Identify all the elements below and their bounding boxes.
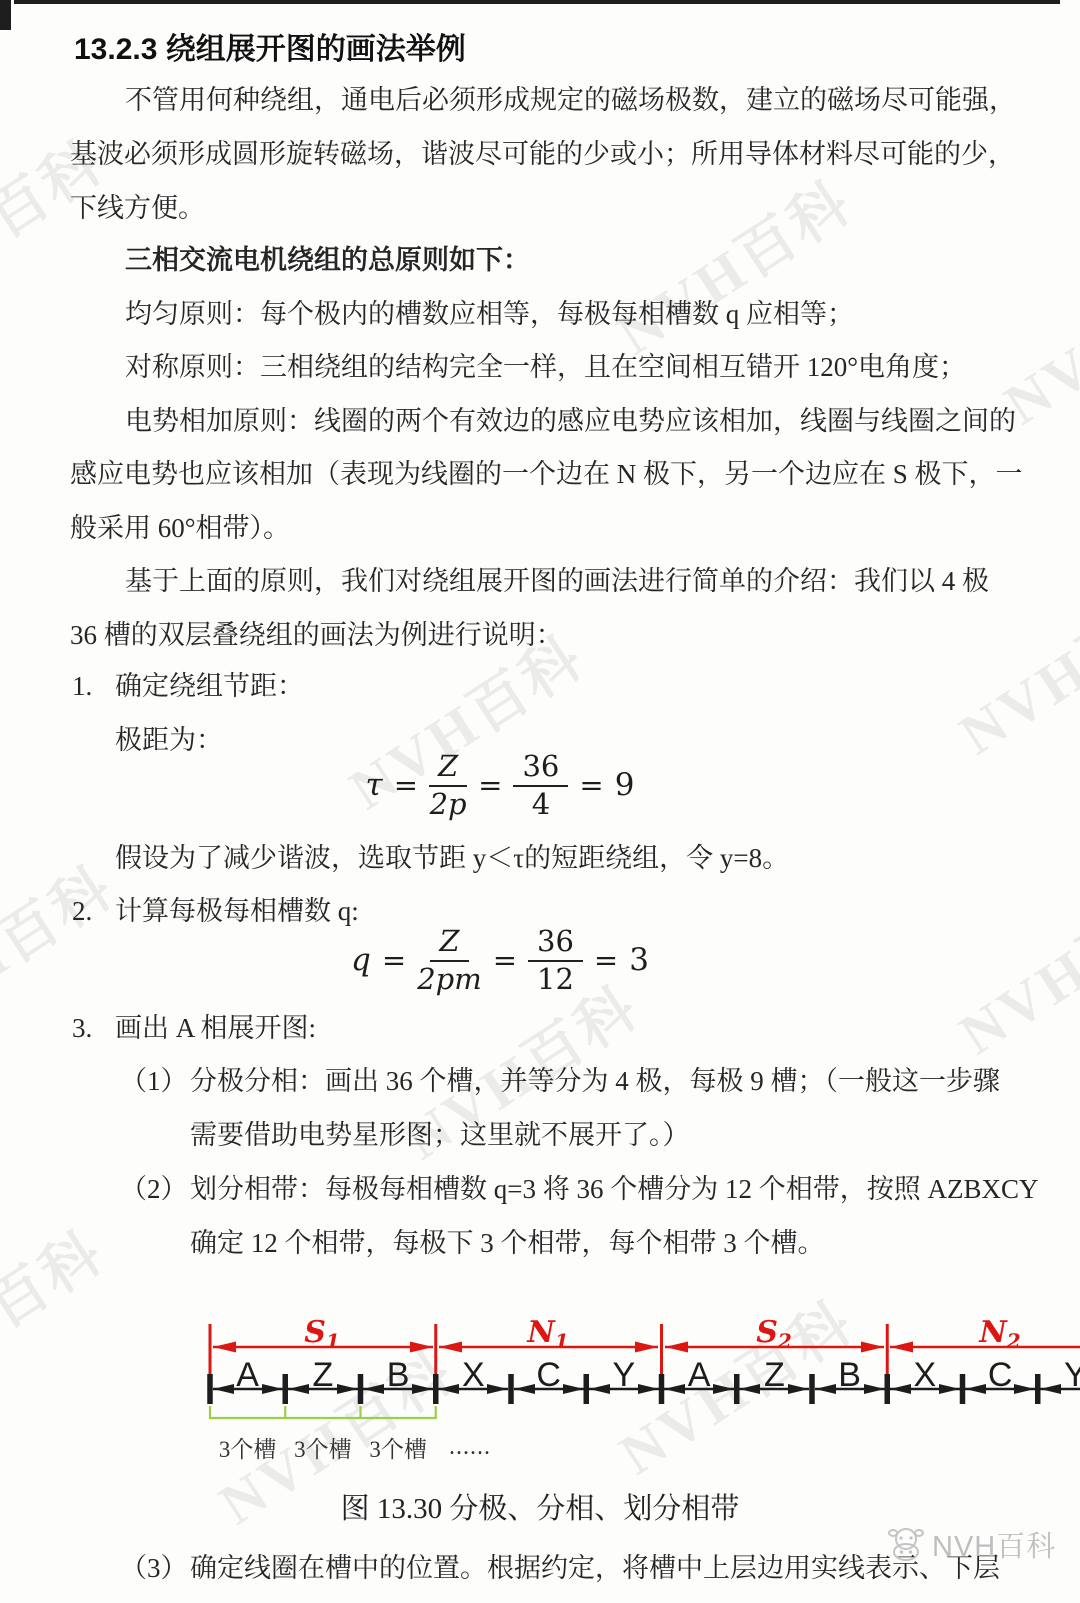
sub-item-2-cont: 确定 12 个相带，每极下 3 个相带，每个相带 3 个槽。: [190, 1225, 825, 1261]
watermark: NVH百科: [598, 156, 866, 371]
intro-line2: 36 槽的双层叠绕组的画法为例进行说明：: [70, 617, 563, 653]
calf-face-icon: [884, 1522, 928, 1566]
brand-logo: NVH百科: [884, 1522, 1056, 1566]
formula-result: 3: [629, 942, 649, 978]
rule-emf-line2: 感应电势也应该相加（表现为线圈的一个边在 N 极下，另一个边应在 S 极下，一: [70, 456, 1023, 492]
sub-item-3: （3）确定线圈在槽中的位置。根据约定，将槽中上层边用实线表示、下层: [120, 1550, 1000, 1586]
sub-item-text: 分极分相：画出 36 个槽，并等分为 4 极，每极 9 槽；（一般这一步骤: [190, 1066, 1000, 1096]
fraction: Z2pm: [417, 925, 482, 995]
numerator: Z: [430, 925, 468, 961]
list-item-3: 3.画出 A 相展开图:: [72, 1010, 316, 1046]
sub-item-1: （1）分极分相：画出 36 个槽，并等分为 4 极，每极 9 槽；（一般这一步骤: [120, 1063, 1000, 1099]
intro-line1: 基于上面的原则，我们对绕组展开图的画法进行简单的介绍：我们以 4 极: [125, 563, 989, 599]
figure-caption: 图 13.30 分极、分相、划分相带: [0, 1486, 1080, 1527]
denominator: 2pm: [417, 962, 482, 995]
list-text: 画出 A 相展开图:: [115, 1013, 316, 1043]
slot-count-label: 3个槽: [294, 1437, 352, 1462]
paragraph-line: 下线方便。: [70, 190, 205, 226]
formula-pole-pitch: τ = Z2p = 364 = 9: [0, 743, 1000, 827]
brand-logo-text: NVH百科: [932, 1524, 1056, 1565]
list-number: 3.: [72, 1010, 115, 1046]
sub-item-number: （1）: [120, 1063, 190, 1099]
fraction: Z2p: [429, 750, 467, 820]
equals-sign: =: [594, 943, 618, 977]
sub-item-number: （3）: [120, 1550, 190, 1586]
numerator: 36: [513, 750, 568, 786]
formula-lhs: τ: [366, 767, 383, 803]
sub-item-1-cont: 需要借助电势星形图；这里就不展开了。）: [190, 1117, 690, 1153]
sub-item-text: 确定线圈在槽中的位置。根据约定，将槽中上层边用实线表示、下层: [190, 1553, 1000, 1583]
equals-sign: =: [493, 943, 517, 977]
numerator: 36: [528, 925, 583, 961]
equals-sign: =: [478, 768, 502, 802]
equals-sign: =: [394, 768, 418, 802]
sub-item-text: 划分相带：每极每相槽数 q=3 将 36 个槽分为 12 个相带，按照 AZBX…: [190, 1174, 1038, 1204]
denominator: 4: [532, 787, 550, 820]
scan-edge-corner: [0, 0, 11, 30]
numerator: Z: [429, 750, 467, 786]
formula-lhs: q: [351, 942, 371, 978]
scan-edge-top: [14, 0, 1060, 4]
rule-uniform: 均匀原则：每个极内的槽数应相等，每极每相槽数 q 应相等；: [125, 296, 854, 332]
list-text: 确定绕组节距：: [115, 671, 304, 701]
rule-symmetry: 对称原则：三相绕组的结构完全一样，且在空间相互错开 120°电角度；: [125, 349, 966, 385]
paragraph-line: 不管用何种绕组，通电后必须形成规定的磁场极数，建立的磁场尽可能强，: [125, 82, 1016, 118]
denominator: 2p: [430, 787, 467, 820]
formula-result: 9: [615, 767, 635, 803]
phase-band-diagram: S1 N1 S2 N2 A Z B X C Y A Z B X C Y: [0, 1298, 1080, 1468]
paragraph-line: 基波必须形成圆形旋转磁场，谐波尽可能的少或小；所用导体材料尽可能的少，: [70, 136, 1015, 172]
slot-count-label: 3个槽: [219, 1437, 277, 1462]
rule-emf-line3: 般采用 60°相带）。: [70, 510, 290, 546]
slot-group-bracket: [210, 1406, 436, 1418]
equals-sign: =: [382, 943, 406, 977]
list-item-1: 1.确定绕组节距：: [72, 668, 304, 704]
principles-heading: 三相交流电机绕组的总原则如下：: [125, 242, 530, 278]
equals-sign: =: [579, 768, 603, 802]
section-title: 13.2.3 绕组展开图的画法举例: [74, 24, 466, 68]
fraction: 364: [513, 750, 568, 820]
sub-item-2: （2）划分相带：每极每相槽数 q=3 将 36 个槽分为 12 个相带，按照 A…: [120, 1171, 1038, 1207]
sub-item-number: （2）: [120, 1171, 190, 1207]
document-page: NVH百科 NVH百科 NVH百科 NVH百科 NVH百科 NVH百科 NVH百…: [0, 0, 1080, 1603]
denominator: 12: [537, 962, 574, 995]
ellipsis-label: ......: [449, 1434, 491, 1460]
rule-emf-line1: 电势相加原则：线圈的两个有效边的感应电势应该相加，线圈与线圈之间的: [125, 403, 1016, 439]
fraction: 3612: [528, 925, 583, 995]
slot-count-label: 3个槽: [369, 1437, 427, 1462]
list-item-1-note: 假设为了减少谐波，选取节距 y＜τ的短距绕组，令 y=8。: [115, 840, 789, 876]
list-number: 1.: [72, 668, 115, 704]
formula-q: q = Z2pm = 3612 = 3: [0, 918, 1000, 1002]
